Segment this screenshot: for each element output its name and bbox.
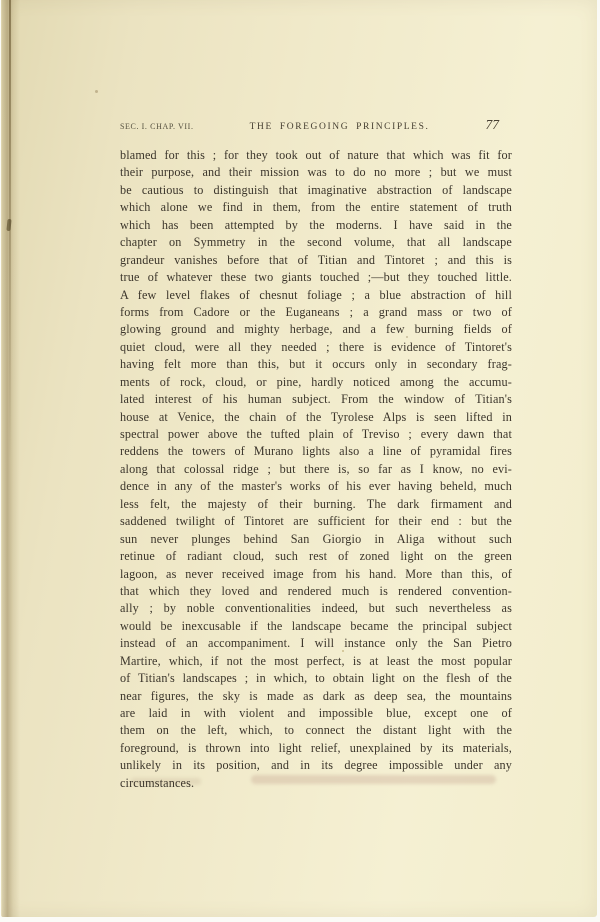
page-content: SEC. I. CHAP. VII. THE FOREGOING PRINCIP…	[120, 117, 512, 792]
text-line: near figures, the sky is made as dark as…	[120, 688, 512, 705]
text-line: lagoon, as never received image from his…	[120, 566, 512, 583]
text-line: house at Venice, the chain of the Tyrole…	[120, 409, 512, 426]
paper-speck	[95, 90, 98, 93]
text-line: blamed for this ; for they took out of n…	[120, 147, 512, 164]
text-line: be cautious to distinguish that imaginat…	[120, 182, 512, 199]
text-line: are laid in with violent and impossible …	[120, 705, 512, 722]
text-line: spectral power above the tufted plain of…	[120, 426, 512, 443]
text-line: reddens the towers of Murano lights also…	[120, 443, 512, 460]
text-line: lated interest of his human subject. Fro…	[120, 391, 512, 408]
body-text: blamed for this ; for they took out of n…	[120, 147, 512, 792]
text-line: which has been attempted by the moderns.…	[120, 217, 512, 234]
page-number: 77	[486, 117, 500, 133]
text-line: them on the left, which, to connect the …	[120, 722, 512, 739]
text-line: ally ; by noble conventionalities indeed…	[120, 600, 512, 617]
text-line: would be inexcusable if the landscape be…	[120, 618, 512, 635]
text-line: Martire, which, if not the most perfect,…	[120, 653, 512, 670]
text-line: which alone we find in them, from the en…	[120, 199, 512, 216]
text-line: sun never plunges behind San Giorgio in …	[120, 531, 512, 548]
text-line: forms from Cadore or the Euganeans ; a g…	[120, 304, 512, 321]
text-line: unlikely in its position, and in its deg…	[120, 757, 512, 774]
text-line: circumstances.	[120, 775, 512, 792]
text-line: along that colossal ridge ; but there is…	[120, 461, 512, 478]
running-title: THE FOREGOING PRINCIPLES.	[194, 122, 486, 132]
text-line: grandeur vanishes before that of Titian …	[120, 252, 512, 269]
section-label: SEC. I. CHAP. VII.	[120, 122, 194, 131]
text-line: saddened twilight of Tintoret are suffic…	[120, 513, 512, 530]
page-header: SEC. I. CHAP. VII. THE FOREGOING PRINCIP…	[120, 117, 512, 134]
gutter-crease	[2, 0, 20, 917]
text-line: foreground, is thrown into light relief,…	[120, 740, 512, 757]
text-line: quiet cloud, were all they needed ; ther…	[120, 339, 512, 356]
text-line: less felt, the majesty of their burning.…	[120, 496, 512, 513]
text-line: dence in any of the master's works of hi…	[120, 478, 512, 495]
text-line: retinue of radiant cloud, such rest of z…	[120, 548, 512, 565]
text-line: that which they loved and rendered much …	[120, 583, 512, 600]
text-line: ments of rock, cloud, or pine, hardly no…	[120, 374, 512, 391]
text-line: their purpose, and their mission was to …	[120, 164, 512, 181]
text-line: having felt more than this, but it occur…	[120, 356, 512, 373]
text-line: of Titian's landscapes ; in which, to ob…	[120, 670, 512, 687]
text-line: instead of an accompaniment. I will inst…	[120, 635, 512, 652]
text-line: glowing ground and mighty herbage, and a…	[120, 321, 512, 338]
text-line: chapter on Symmetry in the second volume…	[120, 234, 512, 251]
text-line: A few level flakes of chesnut foliage ; …	[120, 287, 512, 304]
text-line: true of whatever these two giants touche…	[120, 269, 512, 286]
